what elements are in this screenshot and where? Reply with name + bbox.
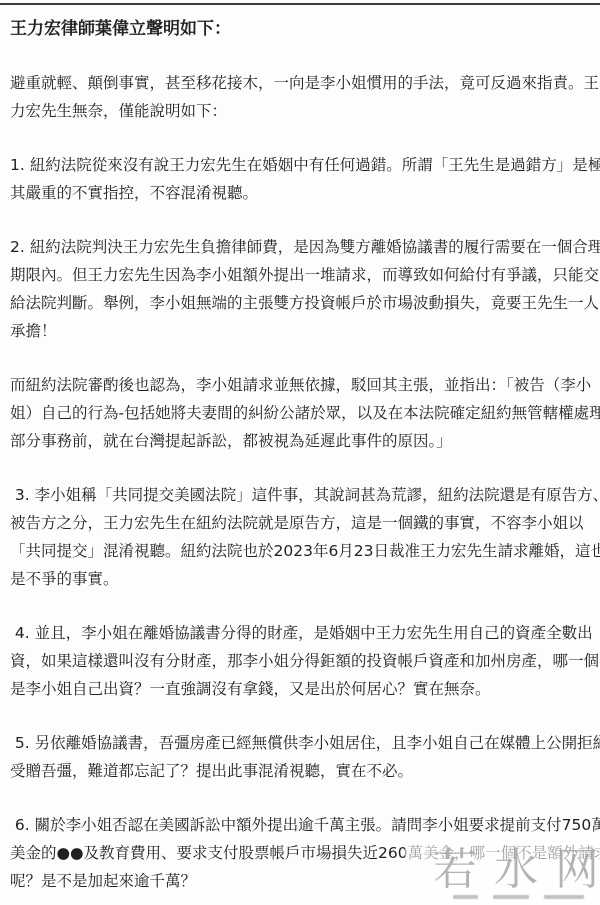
text-line: 4. 並且，李小姐在離婚協議書分得的財產，是婚姻中王力宏先生用自己的資產全數出 <box>10 619 600 647</box>
text-line: 給法院判斷。舉例，李小姐無端的主張雙方投資帳戶於市場波動損失，竟要王先生一人 <box>10 289 600 317</box>
watermark-subtext-word <box>493 895 529 899</box>
watermark-subtext <box>433 895 600 899</box>
paragraph: 避重就輕、顛倒事實，甚至移花接木，一向是李小姐慣用的手法，竟可反過來指責。王力宏… <box>10 69 600 125</box>
paragraph: 4. 並且，李小姐在離婚協議書分得的財產，是婚姻中王力宏先生用自己的資產全數出資… <box>10 619 600 703</box>
paragraph: 5. 另依離婚協議書，吾彊房產已經無償供李小姐居住，且李小姐自己在媒體上公開拒絕… <box>10 729 600 785</box>
statement-paragraphs: 避重就輕、顛倒事實，甚至移花接木，一向是李小姐慣用的手法，竟可反過來指責。王力宏… <box>10 69 600 895</box>
statement-document: 王力宏律師葉偉立聲明如下： 避重就輕、顛倒事實，甚至移花接木，一向是李小姐慣用的… <box>0 5 600 895</box>
text-line: 而紐約法院審酌後也認為，李小姐請求並無依據，駁回其主張，並指出：「被告（李小 <box>10 371 600 399</box>
text-line: 2. 紐約法院判決王力宏先生負擔律師費，是因為雙方離婚協議書的履行需要在一個合理 <box>10 233 600 261</box>
text-line: 「共同提交」混淆視聽。紐約法院也於2023年6月23日裁准王力宏先生請求離婚，這… <box>10 537 600 565</box>
watermark-text: 若水网 <box>433 848 600 892</box>
text-line: 其嚴重的不實指控，不容混淆視聽。 <box>10 179 600 207</box>
text-line: 承擔！ <box>10 317 600 345</box>
paragraph: 而紐約法院審酌後也認為，李小姐請求並無依據，駁回其主張，並指出：「被告（李小姐）… <box>10 371 600 455</box>
watermark-subtext-word <box>453 895 478 899</box>
text-line: 3. 李小姐稱「共同提交美國法院」這件事，其說詞甚為荒謬，紐約法院還是有原告方、 <box>10 481 600 509</box>
text-line: 資，如果這樣還叫沒有分財產，那李小姐分得鉅額的投資帳戶資產和加州房產，哪一個 <box>10 647 600 675</box>
text-line: 期限內。但王力宏先生因為李小姐額外提出一堆請求，而導致如何給付有爭議，只能交 <box>10 261 600 289</box>
text-line: 力宏先生無奈，僅能說明如下： <box>10 97 600 125</box>
paragraph: 1. 紐約法院從來沒有說王力宏先生在婚姻中有任何過錯。所謂「王先生是過錯方」是極… <box>10 151 600 207</box>
text-line: 是李小姐自己出資？一直強調沒有拿錢，又是出於何居心？實在無奈。 <box>10 675 600 703</box>
paragraph: 2. 紐約法院判決王力宏先生負擔律師費，是因為雙方離婚協議書的履行需要在一個合理… <box>10 233 600 345</box>
text-line: 5. 另依離婚協議書，吾彊房產已經無償供李小姐居住，且李小姐自己在媒體上公開拒絕 <box>10 729 600 757</box>
text-line: 受贈吾彊，難道都忘記了？提出此事混淆視聽，實在不必。 <box>10 757 600 785</box>
text-line: 部分事務前，就在台灣提起訴訟，都被視為延遲此事件的原因。」 <box>10 427 600 455</box>
paragraph: 3. 李小姐稱「共同提交美國法院」這件事，其說詞甚為荒謬，紐約法院還是有原告方、… <box>10 481 600 593</box>
text-line: 1. 紐約法院從來沒有說王力宏先生在婚姻中有任何過錯。所謂「王先生是過錯方」是極 <box>10 151 600 179</box>
watermark: 若水网 <box>433 848 600 899</box>
text-line: 避重就輕、顛倒事實，甚至移花接木，一向是李小姐慣用的手法，竟可反過來指責。王 <box>10 69 600 97</box>
text-line: 被告方之分，王力宏先生在紐約法院就是原告方，這是一個鐵的事實，不容李小姐以 <box>10 509 600 537</box>
text-line: 姐）自己的行為-包括她將夫妻間的糾紛公諸於眾，以及在本法院確定紐約無管轄權處理 <box>10 399 600 427</box>
watermark-subtext-word <box>544 895 584 899</box>
text-line: 是不爭的事實。 <box>10 565 600 593</box>
statement-title: 王力宏律師葉偉立聲明如下： <box>10 15 600 43</box>
